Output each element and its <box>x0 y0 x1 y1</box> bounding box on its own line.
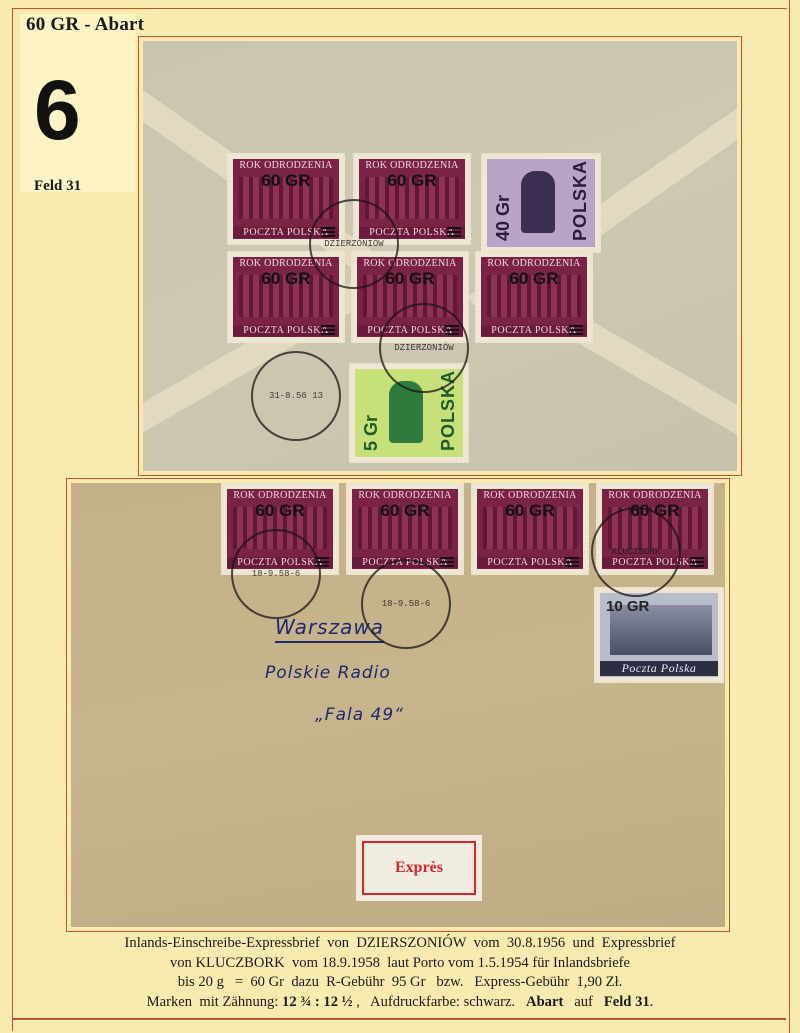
postmark-kluczbork: KLUCZBORK <box>591 507 681 597</box>
obliterating-bars <box>565 555 579 567</box>
postmark-dzierzoniow: DZIERZONIÓW <box>379 303 469 393</box>
caption-line-1: Inlands-Einschreibe-Expressbrief von DZI… <box>66 934 734 954</box>
obliterating-bars <box>569 323 583 335</box>
postmark-arrival: 31-8.56 13 <box>251 351 341 441</box>
page-title: 60 GR - Abart <box>26 14 144 36</box>
obliterating-bars <box>447 225 461 237</box>
field-position: Feld 31 <box>604 994 650 1010</box>
stamp-40gr-monument: 40 GrPOLSKA <box>481 153 601 253</box>
registered-express-cover-back: ROK ODRODZENIA60 GRPOCZTA POLSKA ROK ODR… <box>138 36 742 476</box>
postmark-kluczbork: 18-9.58-6 <box>361 559 451 649</box>
monument-figure-icon <box>521 171 555 233</box>
overprint-value: 60 GR <box>227 501 333 521</box>
variety-label: Abart <box>526 994 563 1010</box>
caption-line-2: von KLUCZBORK vom 18.9.1958 laut Porto v… <box>66 954 734 974</box>
overprint-value: 60 GR <box>233 171 339 191</box>
overprint-value: 60 GR <box>359 171 465 191</box>
overprint-value: 60 GR <box>481 269 587 289</box>
address-line-1: Polskie Radio <box>265 663 391 683</box>
page-edge-rule <box>789 0 790 1033</box>
postmark-kluczbork: 18-9.58-6 <box>231 529 321 619</box>
description-caption: Inlands-Einschreibe-Expressbrief von DZI… <box>66 934 734 1012</box>
obliterating-bars <box>440 555 454 567</box>
overprint-value: 60 GR <box>352 501 458 521</box>
sheet-number: 6 <box>34 68 81 152</box>
stamp-60gr-overprint: ROK ODRODZENIA60 GRPOCZTA POLSKA <box>475 251 593 343</box>
perforation-value: 12 ¾ : 12 ½ <box>282 994 353 1010</box>
express-label: Exprès <box>356 835 482 901</box>
overprint-value: 60 GR <box>477 501 583 521</box>
address-line-2: „Fala 49“ <box>315 705 404 725</box>
stamp-60gr-overprint: ROK ODRODZENIA60 GRPOCZTA POLSKA <box>471 483 589 575</box>
caption-line-4: Marken mit Zähnung: 12 ¾ : 12 ½ , Aufdru… <box>66 993 734 1013</box>
obliterating-bars <box>690 555 704 567</box>
postmark-dzierzoniow: DZIERZONIÓW <box>309 199 399 289</box>
bottom-rule <box>12 1018 786 1020</box>
caption-line-3: bis 20 g = 60 Gr dazu R-Gebühr 95 Gr bzw… <box>66 973 734 993</box>
express-label-text: Exprès <box>362 841 476 895</box>
field-position-label: Feld 31 <box>34 178 81 195</box>
obliterating-bars <box>321 323 335 335</box>
stamp-10gr-children: 10 GRPoczta Polska <box>594 587 724 683</box>
